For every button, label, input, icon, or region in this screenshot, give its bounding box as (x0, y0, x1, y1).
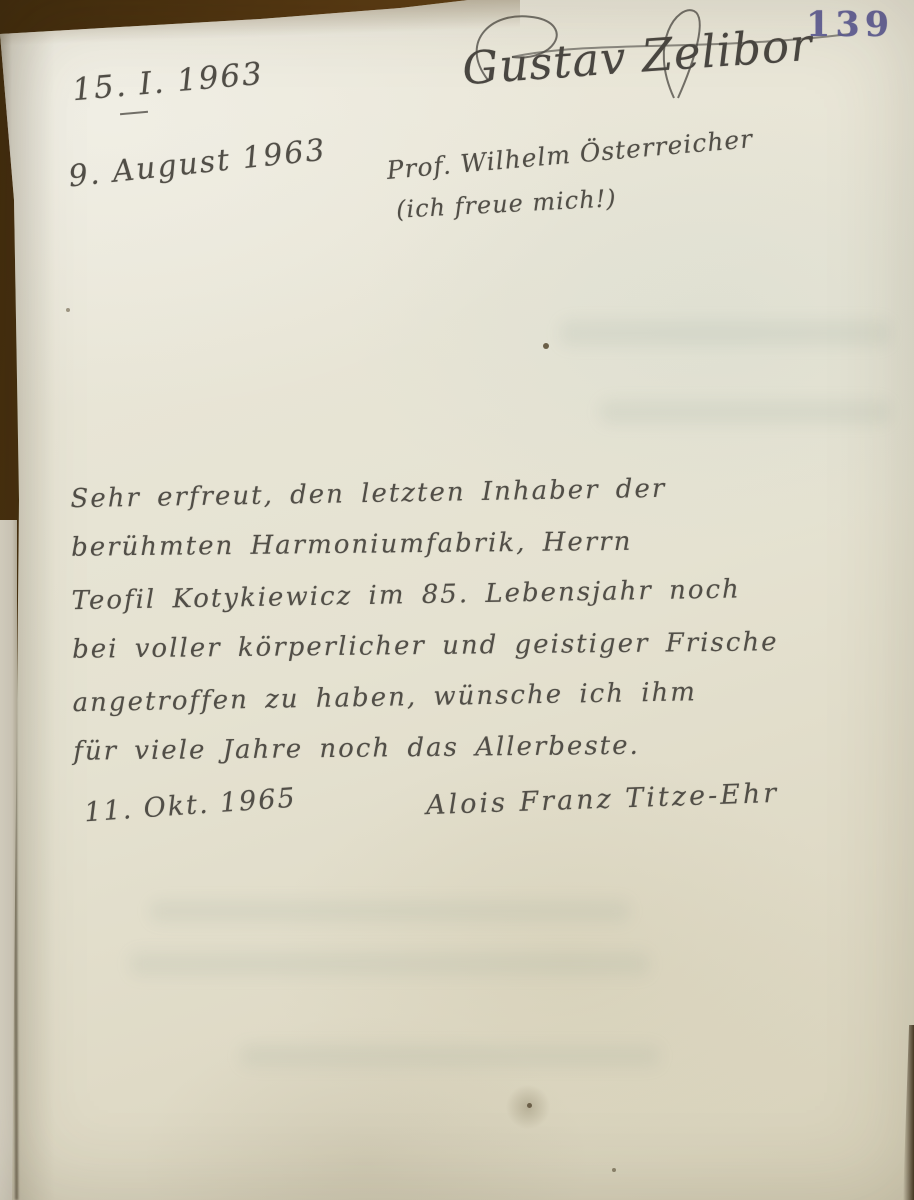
paragraph-line: für viele Jahre noch das Allerbeste. (73, 729, 780, 787)
bleedthrough-smudge (130, 952, 650, 976)
handwritten-note-line: (ich freue mich!) (395, 184, 617, 224)
guestbook-page: 15. I. 1963 9. August 1963 Gustav Zelibo… (0, 0, 914, 1200)
bleedthrough-smudge (560, 320, 890, 346)
handwritten-date-oktober: 11. Okt. 1965 (83, 783, 297, 829)
speck (66, 308, 70, 312)
bleedthrough-smudge (150, 900, 630, 922)
handwritten-paragraph: Sehr erfreut, den letzten Inhaber der be… (70, 474, 780, 787)
handwritten-date-august: 9. August 1963 (67, 133, 328, 195)
handwritten-prof-line: Prof. Wilhelm Österreicher (385, 124, 754, 185)
roman-numeral-underline (120, 111, 148, 115)
guestbook-photo: 15. I. 1963 9. August 1963 Gustav Zelibo… (0, 0, 914, 1200)
speck (543, 343, 549, 349)
bleedthrough-smudge (240, 1045, 660, 1067)
page-number-stamp: 139 (806, 4, 894, 45)
bleedthrough-smudge (600, 400, 890, 424)
speck (612, 1168, 616, 1172)
speck (527, 1103, 532, 1108)
handwritten-signature-titze: Alois Franz Titze-Ehr (426, 778, 780, 821)
